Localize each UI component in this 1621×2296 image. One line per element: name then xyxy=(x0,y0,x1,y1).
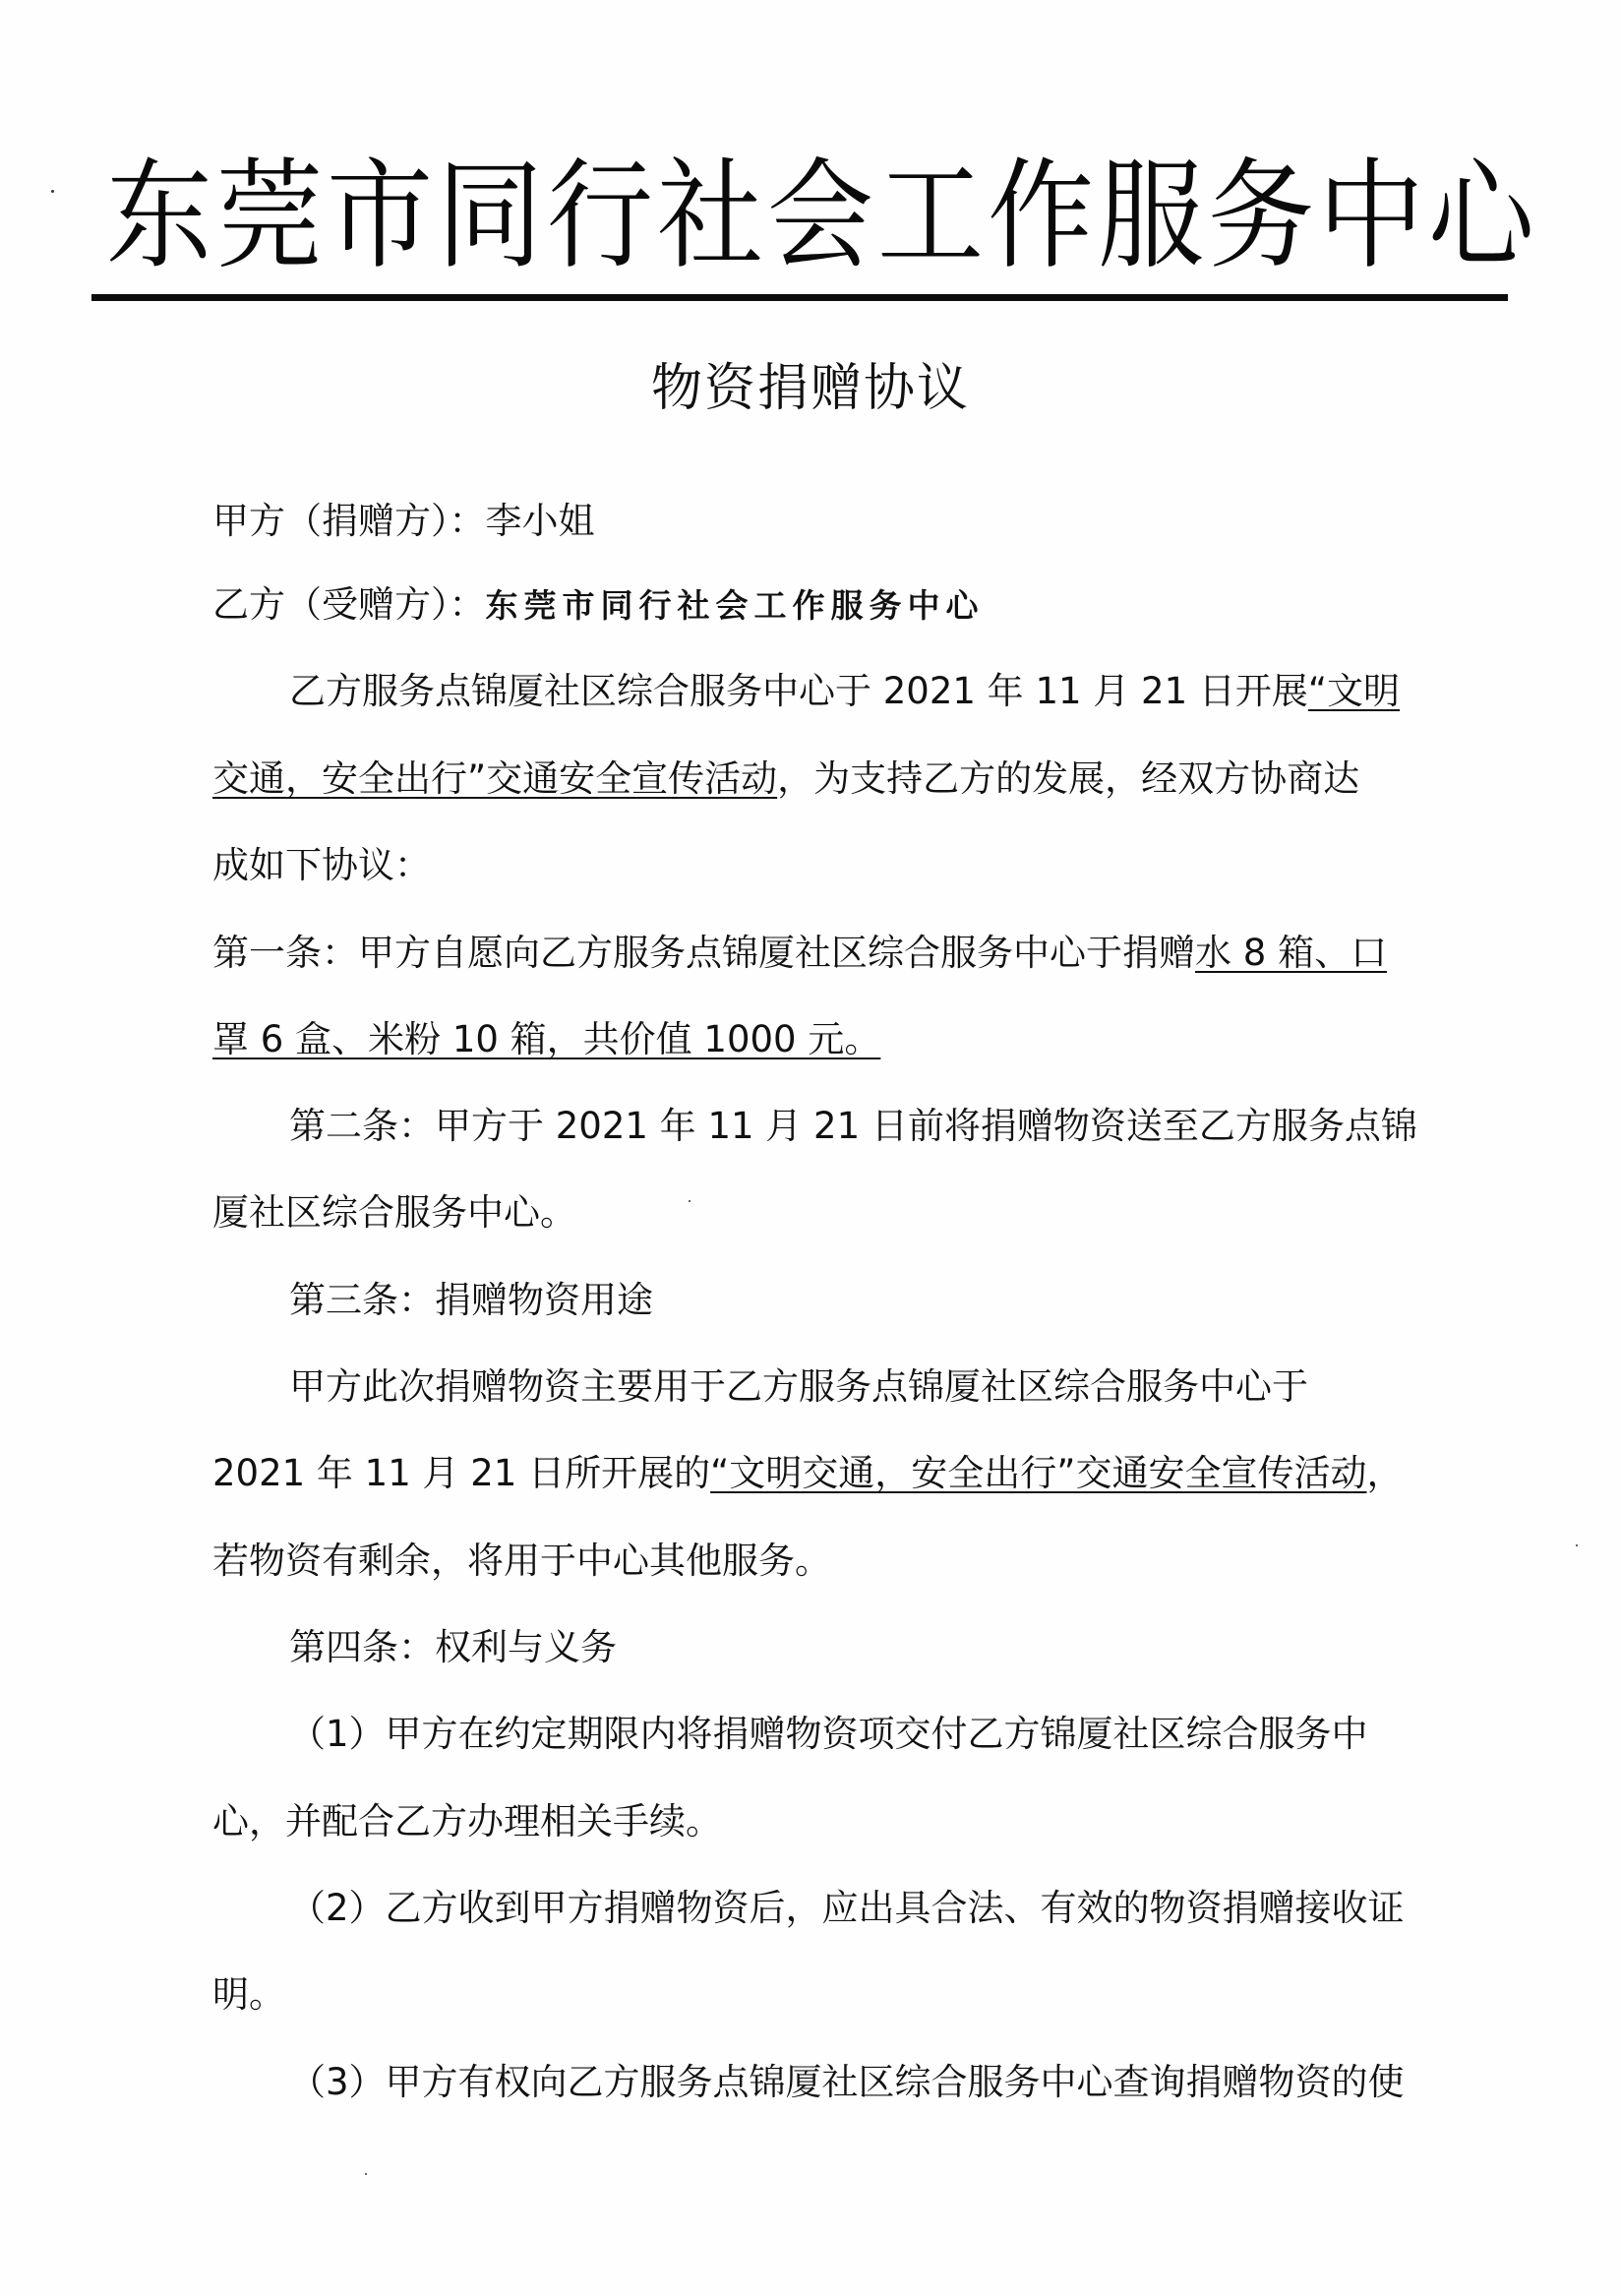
article-1-text: 第一条：甲方自愿向乙方服务点锦厦社区综合服务中心于捐赠 xyxy=(212,932,1195,974)
intro-line-3: 成如下协议： xyxy=(212,841,431,890)
letterhead-organization-name: 东莞市同行社会工作服务中心 xyxy=(106,146,1523,289)
scan-speckle xyxy=(689,1200,690,1202)
article-4-item-2-line-1: （2）乙方收到甲方捐赠物资后，应出具合法、有效的物资捐赠接收证 xyxy=(289,1884,1405,1933)
article-3-line-2: 2021 年 11 月 21 日所开展的“文明交通，安全出行”交通安全宣传活动， xyxy=(212,1449,1403,1498)
article-3-text: ， xyxy=(1366,1452,1403,1494)
intro-line-2: 交通，安全出行”交通安全宣传活动，为支持乙方的发展，经双方协商达 xyxy=(212,755,1359,804)
article-3-line-3: 若物资有剩余，将用于中心其他服务。 xyxy=(212,1537,831,1586)
intro-text: 乙方服务点锦厦社区综合服务中心于 2021 年 11 月 21 日开展 xyxy=(289,670,1308,712)
party-b-value: 东莞市同行社会工作服务中心 xyxy=(486,586,985,625)
document-title: 物资捐赠协议 xyxy=(0,354,1621,423)
letterhead-divider xyxy=(91,294,1508,301)
article-2-line-1: 第二条：甲方于 2021 年 11 月 21 日前将捐赠物资送至乙方服务点锦 xyxy=(289,1102,1417,1151)
article-3-line-1: 甲方此次捐赠物资主要用于乙方服务点锦厦社区综合服务中心于 xyxy=(289,1362,1308,1412)
intro-line-1: 乙方服务点锦厦社区综合服务中心于 2021 年 11 月 21 日开展“文明 xyxy=(289,667,1400,716)
intro-text: ，为支持乙方的发展，经双方协商达 xyxy=(777,757,1359,800)
party-b-label: 乙方（受赠方）： xyxy=(212,583,486,626)
donated-items-underlined: 罩 6 盒、米粉 10 箱，共价值 1000 元。 xyxy=(212,1018,880,1060)
article-1-line-2: 罩 6 盒、米粉 10 箱，共价值 1000 元。 xyxy=(212,1015,880,1064)
article-4-heading: 第四条：权利与义务 xyxy=(289,1623,617,1672)
party-a-value: 李小姐 xyxy=(486,500,595,542)
document-page: 东莞市同行社会工作服务中心 物资捐赠协议 甲方（捐赠方）：李小姐 乙方（受赠方）… xyxy=(0,0,1621,2296)
article-4-item-1-line-2: 心，并配合乙方办理相关手续。 xyxy=(212,1797,722,1846)
scan-speckle xyxy=(365,2173,367,2175)
activity-name-underlined: 交通，安全出行”交通安全宣传活动 xyxy=(212,757,777,800)
activity-name-underlined: “文明交通，安全出行”交通安全宣传活动 xyxy=(710,1452,1366,1494)
article-3-heading: 第三条：捐赠物资用途 xyxy=(289,1276,653,1325)
article-2-line-2: 厦社区综合服务中心。 xyxy=(212,1188,576,1238)
activity-name-underlined: “文明 xyxy=(1308,670,1400,712)
scan-speckle xyxy=(51,190,54,193)
donated-items-underlined: 水 8 箱、口 xyxy=(1195,932,1387,974)
article-4-item-1-line-1: （1）甲方在约定期限内将捐赠物资项交付乙方锦厦社区综合服务中 xyxy=(289,1710,1368,1759)
party-a-label: 甲方（捐赠方）： xyxy=(212,500,486,542)
party-b-line: 乙方（受赠方）：东莞市同行社会工作服务中心 xyxy=(212,580,985,631)
article-3-text: 2021 年 11 月 21 日所开展的 xyxy=(212,1452,710,1494)
article-4-item-2-line-2: 明。 xyxy=(212,1970,285,2020)
scan-speckle xyxy=(1576,1544,1578,1546)
party-a-line: 甲方（捐赠方）：李小姐 xyxy=(212,497,595,546)
article-4-item-3-line-1: （3）甲方有权向乙方服务点锦厦社区综合服务中心查询捐赠物资的使 xyxy=(289,2058,1405,2107)
article-1-line-1: 第一条：甲方自愿向乙方服务点锦厦社区综合服务中心于捐赠水 8 箱、口 xyxy=(212,929,1387,978)
